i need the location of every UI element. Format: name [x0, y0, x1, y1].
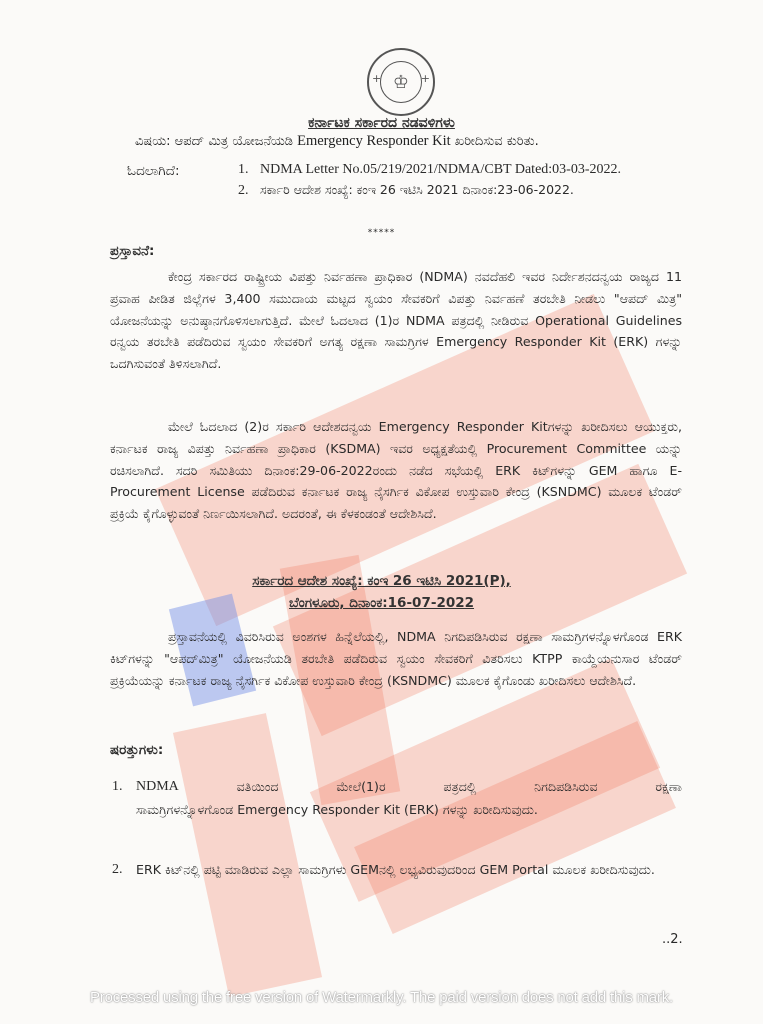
watermark-text: Processed using the free version of Wate…	[0, 989, 763, 1006]
subject-line: ವಿಷಯ: ಆಪದ್ ಮಿತ್ರ ಯೋಜನೆಯಡಿ Emergency Resp…	[135, 133, 539, 150]
order-number: ಸರ್ಕಾರದ ಆದೇಶ ಸಂಖ್ಯೆ: ಕಂಇ 26 ಇಟಿಸಿ 2021(P…	[0, 570, 763, 592]
term-item: 2. ERK ಕಿಟ್‌ನಲ್ಲಿ ಪಟ್ಟಿ ಮಾಡಿರುವ ಎಲ್ಲಾ ಸಾ…	[112, 858, 682, 881]
reference-item: 2.ಸರ್ಕಾರಿ ಆದೇಶ ಸಂಖ್ಯೆ: ಕಂಇ 26 ಇಟಿಸಿ 2021…	[238, 182, 621, 199]
page-continuation: ..2.	[662, 932, 683, 947]
preamble-paragraph-1: ಕೇಂದ್ರ ಸರ್ಕಾರದ ರಾಷ್ಟ್ರೀಯ ವಿಪತ್ತು ನಿರ್ವಹಣ…	[110, 266, 682, 375]
subject-label: ವಿಷಯ:	[135, 134, 171, 149]
term-item: 1. NDMA ವತಿಯಿಂದ ಮೇಲೆ(1)ರ ಪತ್ರದಲ್ಲಿ ನಿಗದಿ…	[112, 775, 682, 821]
separator: *****	[0, 228, 763, 238]
term-line-1: NDMA ವತಿಯಿಂದ ಮೇಲೆ(1)ರ ಪತ್ರದಲ್ಲಿ ನಿಗದಿಪಡಿ…	[136, 775, 682, 798]
document-page: + ♔ + ಕರ್ನಾಟಕ ಸರ್ಕಾರದ ನಡವಳಿಗಳು ವಿಷಯ: ಆಪದ…	[0, 0, 763, 1024]
order-place-date: ಬೆಂಗಳೂರು, ದಿನಾಂಕ:16-07-2022	[0, 592, 763, 614]
references-list: 1.NDMA Letter No.05/219/2021/NDMA/CBT Da…	[238, 162, 621, 203]
preamble-paragraph-2: ಮೇಲೆ ಓದಲಾದ (2)ರ ಸರ್ಕಾರಿ ಆದೇಶದನ್ವಯ Emerge…	[110, 416, 682, 525]
term-line-2: ಸಾಮಗ್ರಿಗಳನ್ನೊಳಗೊಂಡ Emergency Responder K…	[136, 798, 682, 821]
read-label: ಓದಲಾಗಿದೆ:	[127, 163, 180, 179]
preamble-heading: ಪ್ರಸ್ತಾವನೆ:	[110, 243, 154, 259]
order-paragraph: ಪ್ರಸ್ತಾವನೆಯಲ್ಲಿ ವಿವರಿಸಿರುವ ಅಂಶಗಳ ಹಿನ್ನೆಲ…	[110, 626, 682, 691]
karnataka-emblem-icon: + ♔ +	[367, 48, 435, 116]
reference-item: 1.NDMA Letter No.05/219/2021/NDMA/CBT Da…	[238, 162, 621, 178]
terms-heading: ಷರತ್ತುಗಳು:	[110, 742, 163, 758]
order-heading: ಸರ್ಕಾರದ ಆದೇಶ ಸಂಖ್ಯೆ: ಕಂಇ 26 ಇಟಿಸಿ 2021(P…	[0, 570, 763, 614]
document-title: ಕರ್ನಾಟಕ ಸರ್ಕಾರದ ನಡವಳಿಗಳು	[0, 115, 763, 131]
